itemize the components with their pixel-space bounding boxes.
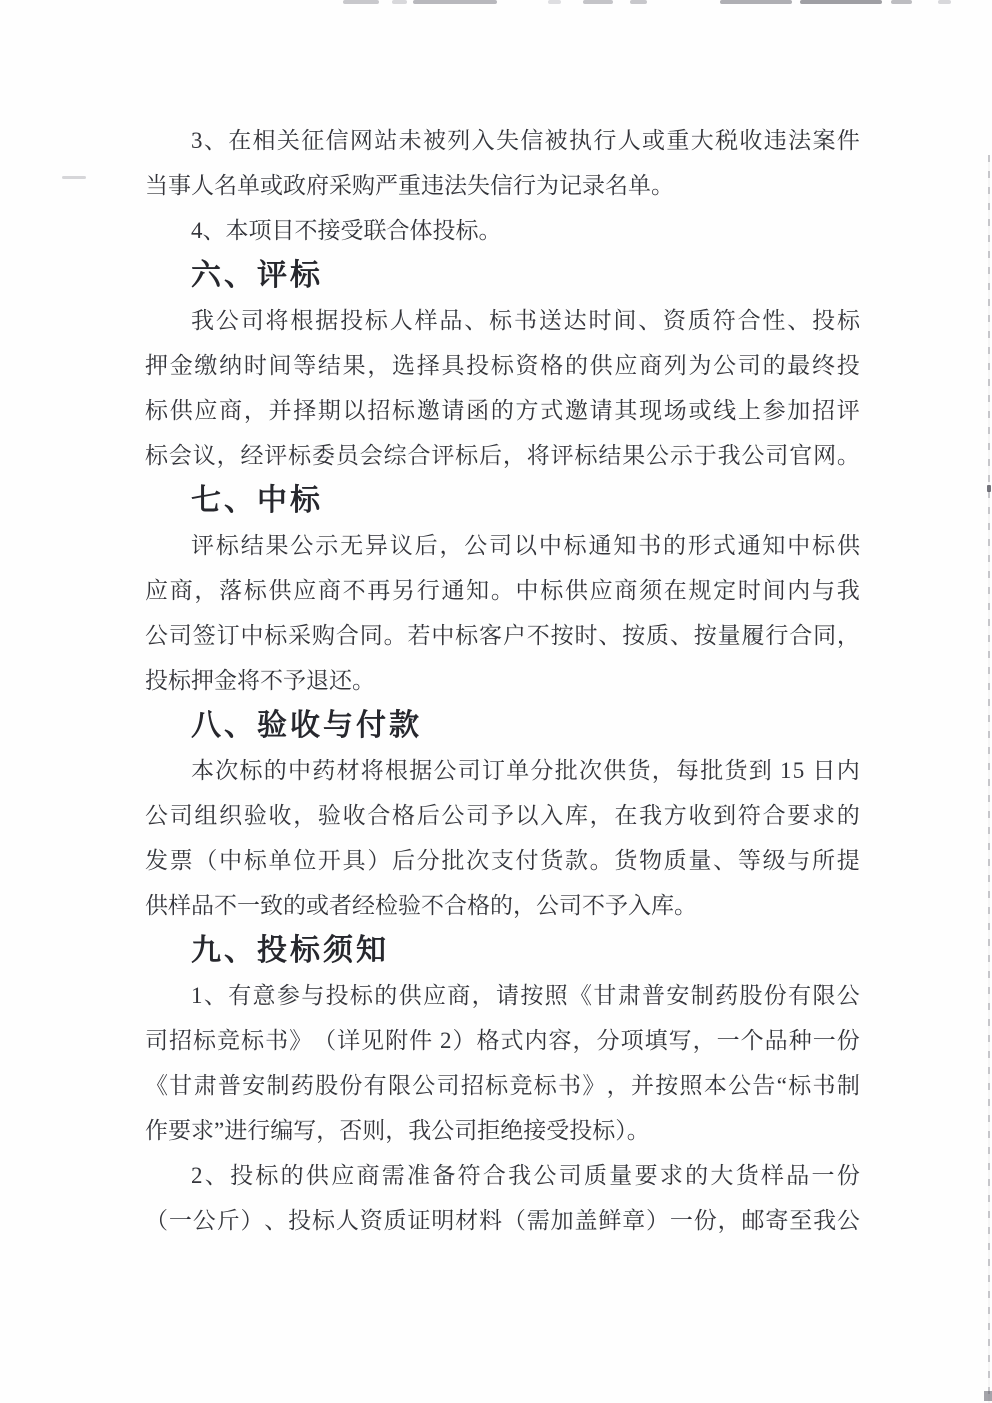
scan-artifact	[62, 176, 86, 179]
paragraph-line: 投标押金将不予退还。	[145, 658, 860, 703]
scan-artifact	[392, 0, 407, 4]
paragraph-line: 公司签订中标采购合同。若中标客户不按时、按质、按量履行合同，	[145, 613, 860, 658]
paragraph-line: 应商，落标供应商不再另行通知。中标供应商须在规定时间内与我	[145, 568, 860, 613]
paragraph-line: 标会议，经评标委员会综合评标后，将评标结果公示于我公司官网。	[145, 433, 860, 478]
document-page: 3、在相关征信网站未被列入失信被执行人或重大税收违法案件 当事人名单或政府采购严…	[0, 0, 992, 1403]
paragraph-line: 本次标的中药材将根据公司订单分批次供货，每批货到 15 日内	[145, 748, 860, 793]
scan-artifact	[987, 485, 991, 492]
section-heading-evaluation: 六、评标	[145, 253, 860, 298]
paragraph-line: 当事人名单或政府采购严重违法失信行为记录名单。	[145, 163, 860, 208]
scan-artifact	[413, 0, 497, 4]
scan-artifact-right-edge	[988, 155, 990, 1403]
paragraph-line: 我公司将根据投标人样品、标书送达时间、资质符合性、投标	[145, 298, 860, 343]
paragraph-line: 标供应商，并择期以招标邀请函的方式邀请其现场或线上参加招评	[145, 388, 860, 433]
paragraph-line: 《甘肃普安制药股份有限公司招标竞标书》，并按照本公告“标书制	[145, 1063, 860, 1108]
paragraph-line: 1、有意参与投标的供应商，请按照《甘肃普安制药股份有限公	[145, 973, 860, 1018]
paragraph-line: 司招标竞标书》（详见附件 2）格式内容，分项填写，一个品种一份	[145, 1018, 860, 1063]
paragraph-line: 发票（中标单位开具）后分批次支付货款。货物质量、等级与所提	[145, 838, 860, 883]
paragraph-line: 评标结果公示无异议后，公司以中标通知书的形式通知中标供	[145, 523, 860, 568]
scan-artifact	[891, 0, 912, 4]
paragraph-line: 2、投标的供应商需准备符合我公司质量要求的大货样品一份	[145, 1153, 860, 1198]
section-heading-acceptance-payment: 八、验收与付款	[145, 703, 860, 748]
scan-artifact	[343, 0, 379, 4]
scan-artifact	[720, 0, 792, 4]
scan-artifact	[938, 0, 951, 4]
scan-artifact	[583, 0, 613, 4]
scan-artifact	[984, 1391, 992, 1401]
scan-artifact	[800, 0, 882, 4]
scan-artifact	[548, 0, 561, 4]
paragraph-line: 作要求”进行编写，否则，我公司拒绝接受投标）。	[145, 1108, 860, 1153]
scan-artifact	[630, 0, 647, 4]
section-heading-bidding-notice: 九、投标须知	[145, 928, 860, 973]
paragraph-line: （一公斤）、投标人资质证明材料（需加盖鲜章）一份，邮寄至我公	[145, 1198, 860, 1243]
paragraph-line: 供样品不一致的或者经检验不合格的，公司不予入库。	[145, 883, 860, 928]
section-heading-award: 七、中标	[145, 478, 860, 523]
paragraph-line: 4、本项目不接受联合体投标。	[145, 208, 860, 253]
paragraph-line: 3、在相关征信网站未被列入失信被执行人或重大税收违法案件	[145, 118, 860, 163]
document-body: 3、在相关征信网站未被列入失信被执行人或重大税收违法案件 当事人名单或政府采购严…	[145, 118, 860, 1243]
paragraph-line: 押金缴纳时间等结果，选择具投标资格的供应商列为公司的最终投	[145, 343, 860, 388]
paragraph-line: 公司组织验收，验收合格后公司予以入库，在我方收到符合要求的	[145, 793, 860, 838]
